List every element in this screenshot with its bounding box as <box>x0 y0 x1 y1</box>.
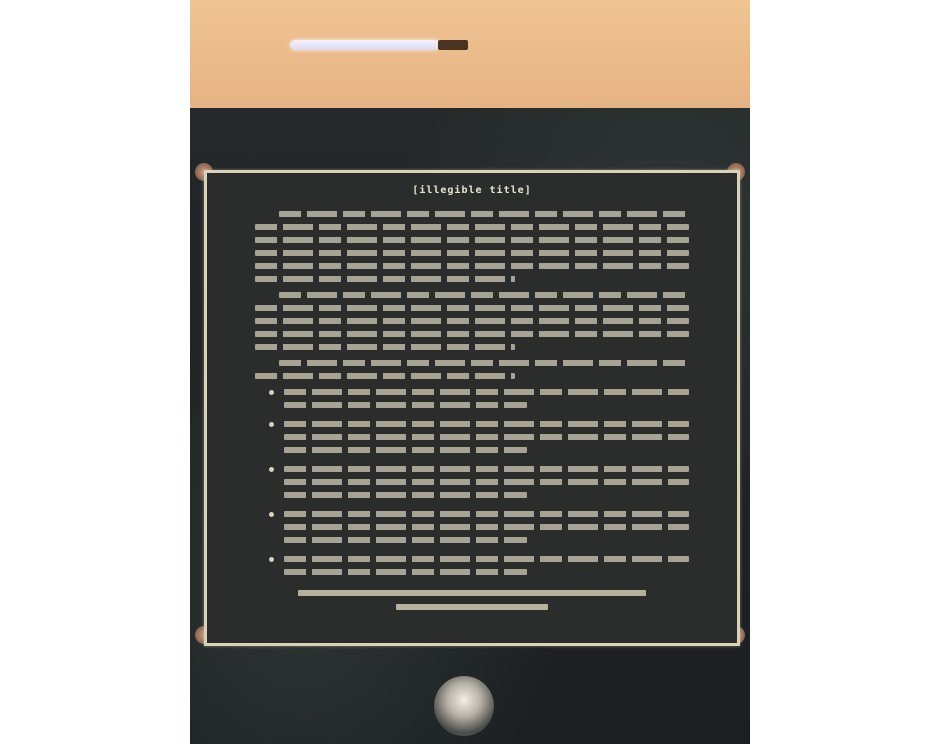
tube-end-cap <box>438 40 468 50</box>
metal-panel: [illegible title] <box>190 108 750 744</box>
photo: [illegible title] <box>190 0 750 744</box>
list-item <box>255 556 689 582</box>
list-item <box>255 511 689 550</box>
fluorescent-tube <box>290 40 440 50</box>
bullet-icon <box>269 557 274 562</box>
list-item <box>255 466 689 505</box>
plaque-body <box>255 211 689 610</box>
bullet-icon <box>269 512 274 517</box>
plaque-footer <box>298 590 645 596</box>
plaque-title: [illegible title] <box>207 185 737 196</box>
bullet-icon <box>269 390 274 395</box>
bullet-icon <box>269 467 274 472</box>
wall <box>190 0 750 108</box>
list-item <box>255 389 689 415</box>
list-item <box>255 421 689 460</box>
plaque-footer <box>396 604 548 610</box>
knob <box>434 676 494 736</box>
bullet-icon <box>269 422 274 427</box>
engraved-plaque: [illegible title] <box>204 170 740 646</box>
